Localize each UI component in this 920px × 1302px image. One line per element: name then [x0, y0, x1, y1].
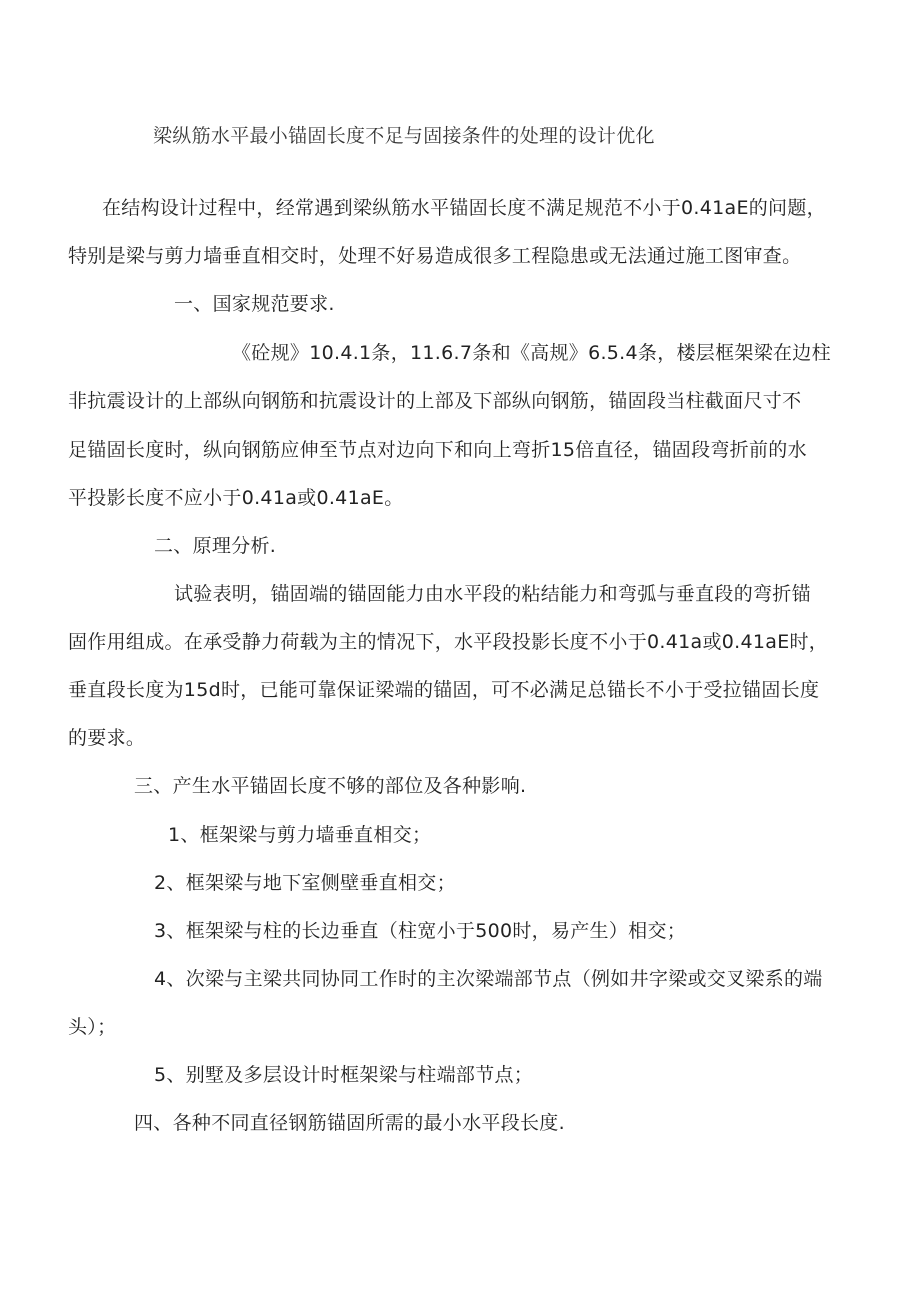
section2-line-3: 垂直段长度为15d时，已能可靠保证梁端的锚固，可不必满足总锚长不小于受拉锚固长度	[68, 678, 819, 702]
section3-item-2: 2、框架梁与地下室侧壁垂直相交；	[154, 871, 456, 895]
section3-item-4: 4、次梁与主梁共同协同工作时的主次梁端部节点（例如井字梁或交叉梁系的端	[154, 967, 823, 991]
section1-line-3: 足锚固长度时，纵向钢筋应伸至节点对边向下和向上弯折15倍直径，锚固段弯折前的水	[68, 438, 807, 462]
section1-line-4: 平投影长度不应小于0.41a或0.41aE。	[68, 486, 404, 510]
section3-item-3: 3、框架梁与柱的长边垂直（柱宽小于500时，易产生）相交；	[154, 919, 686, 943]
intro-line-1: 在结构设计过程中，经常遇到梁纵筋水平锚固长度不满足规范不小于0.41aE的问题，	[102, 196, 826, 220]
section2-line-2: 固作用组成。在承受静力荷载为主的情况下，水平段投影长度不小于0.41a或0.41…	[68, 630, 828, 654]
section1-line-2: 非抗震设计的上部纵向钢筋和抗震设计的上部及下部纵向钢筋，锚固段当柱截面尺寸不	[68, 389, 801, 413]
section1-heading: 一、国家规范要求.	[174, 292, 335, 316]
section1-line-1: 《砼规》10.4.1条，11.6.7条和《高规》6.5.4条，楼层框架梁在边柱	[232, 341, 831, 365]
section3-heading: 三、产生水平锚固长度不够的部位及各种影响.	[134, 774, 526, 798]
section2-line-4: 的要求。	[68, 726, 145, 750]
section2-heading: 二、原理分析.	[154, 534, 276, 558]
section3-item-4-cont: 头）；	[68, 1015, 116, 1039]
section4-heading: 四、各种不同直径钢筋锚固所需的最小水平段长度.	[134, 1111, 565, 1135]
intro-line-2: 特别是梁与剪力墙垂直相交时，处理不好易造成很多工程隐患或无法通过施工图审查。	[68, 244, 801, 268]
document-title: 梁纵筋水平最小锚固长度不足与固接条件的处理的设计优化	[153, 124, 655, 148]
section2-line-1: 试验表明，锚固端的锚固能力由水平段的粘结能力和弯弧与垂直段的弯折锚	[174, 582, 811, 606]
section3-item-5: 5、别墅及多层设计时框架梁与柱端部节点；	[154, 1063, 533, 1087]
section3-item-1: 1、框架梁与剪力墙垂直相交；	[168, 823, 431, 847]
